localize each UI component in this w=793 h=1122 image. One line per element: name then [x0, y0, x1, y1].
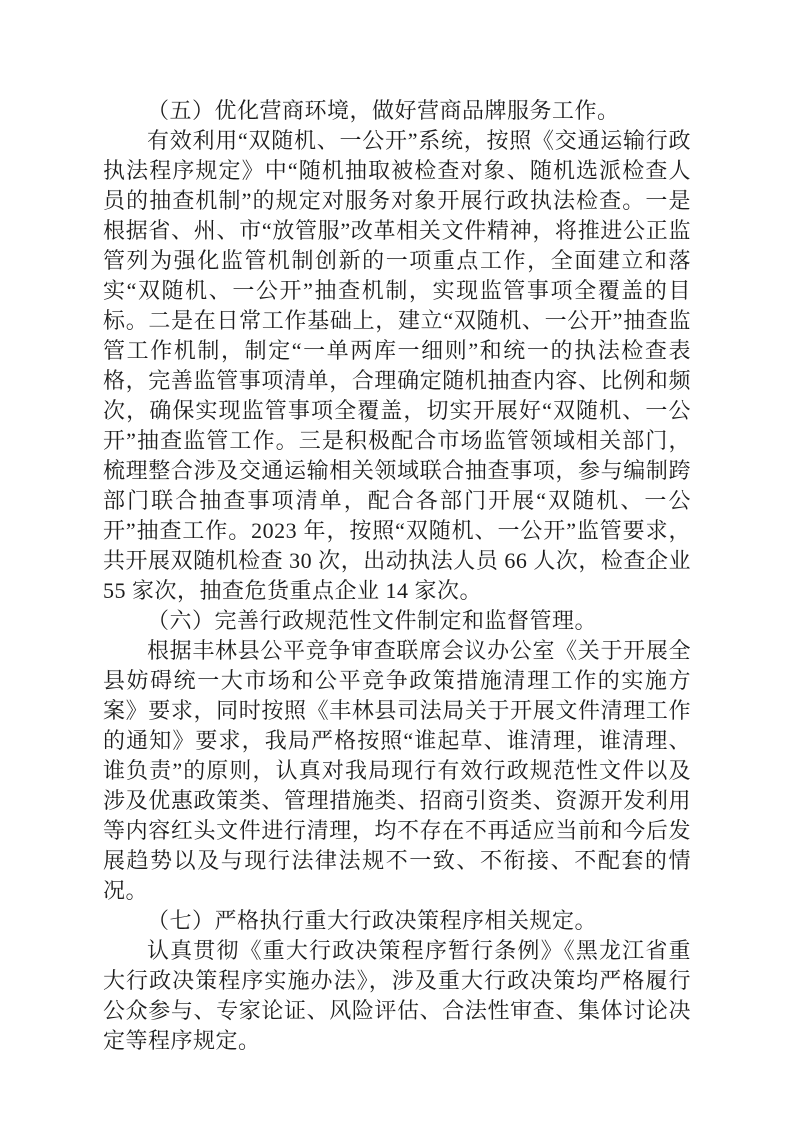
document-page: （五）优化营商环境，做好营商品牌服务工作。有效利用“双随机、一公开”系统，按照《… — [0, 0, 793, 1122]
section-heading: （七）严格执行重大行政决策程序相关规定。 — [103, 906, 691, 936]
paragraph: 根据丰林县公平竞争审查联席会议办公室《关于开展全县妨碍统一大市场和公平竞争政策措… — [103, 636, 691, 906]
section-heading: （六）完善行政规范性文件制定和监督管理。 — [103, 606, 691, 636]
document-body: （五）优化营商环境，做好营商品牌服务工作。有效利用“双随机、一公开”系统，按照《… — [103, 96, 691, 1056]
paragraph: 有效利用“双随机、一公开”系统，按照《交通运输行政执法程序规定》中“随机抽取被检… — [103, 126, 691, 606]
section-heading: （五）优化营商环境，做好营商品牌服务工作。 — [103, 96, 691, 126]
paragraph: 认真贯彻《重大行政决策程序暂行条例》《黑龙江省重大行政决策程序实施办法》，涉及重… — [103, 936, 691, 1056]
